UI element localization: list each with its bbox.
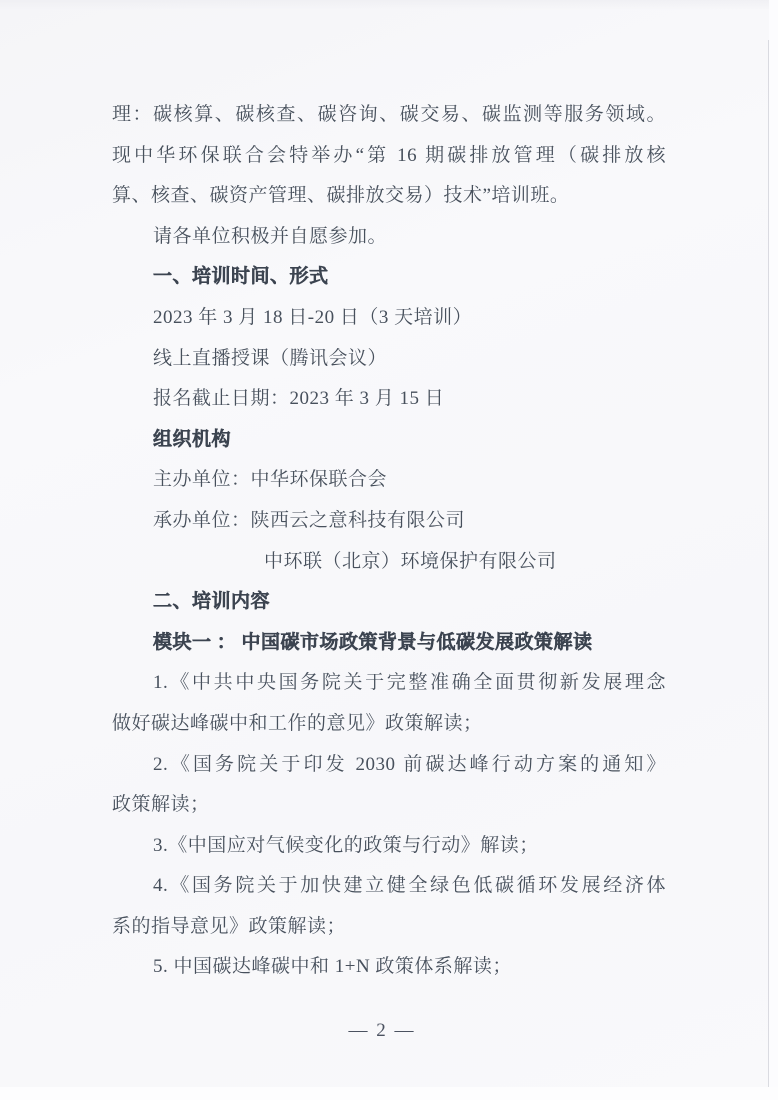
document-line: 算、核查、碳资产管理、碳排放交易）技术”培训班。 [112, 176, 666, 217]
document-line: 现中华环保联合会特举办“第 16 期碳排放管理（碳排放核 [112, 136, 666, 177]
document-body: 理：碳核算、碳核查、碳咨询、碳交易、碳监测等服务领域。现中华环保联合会特举办“第… [112, 95, 666, 988]
document-page: 理：碳核算、碳核查、碳咨询、碳交易、碳监测等服务领域。现中华环保联合会特举办“第… [0, 0, 778, 1100]
document-line: 做好碳达峰碳中和工作的意见》政策解读； [112, 704, 666, 745]
document-heading-line: 模块一 ： 中国碳市场政策背景与低碳发展政策解读 [112, 623, 666, 664]
document-line: 3.《中国应对气候变化的政策与行动》解读； [112, 826, 666, 867]
document-line: 4.《国务院关于加快建立健全绿色低碳循环发展经济体 [112, 866, 666, 907]
document-line: 系的指导意见》政策解读； [112, 907, 666, 948]
document-line: 请各单位积极并自愿参加。 [112, 217, 666, 258]
document-line: 5. 中国碳达峰碳中和 1+N 政策体系解读； [112, 947, 666, 988]
paper-edge-right [769, 0, 778, 1100]
page-number: — 2 — [112, 1012, 652, 1050]
paper-edge-right-line [768, 40, 769, 1100]
document-line: 2023 年 3 月 18 日-20 日（3 天培训） [112, 298, 666, 339]
document-line: 2.《国务院关于印发 2030 前碳达峰行动方案的通知》 [112, 745, 666, 786]
document-line: 1.《中共中央国务院关于完整准确全面贯彻新发展理念 [112, 663, 666, 704]
document-heading-line: 一、培训时间、形式 [112, 257, 666, 298]
paper-edge-top [0, 0, 778, 10]
document-line: 理：碳核算、碳核查、碳咨询、碳交易、碳监测等服务领域。 [112, 95, 666, 136]
document-heading-line: 组织机构 [112, 420, 666, 461]
document-line: 承办单位：陕西云之意科技有限公司 [112, 501, 666, 542]
document-line: 中环联（北京）环境保护有限公司 [112, 542, 666, 583]
paper-edge-bottom [0, 1087, 778, 1100]
document-heading-line: 二、培训内容 [112, 582, 666, 623]
document-line: 政策解读； [112, 785, 666, 826]
document-line: 报名截止日期：2023 年 3 月 15 日 [112, 379, 666, 420]
document-line: 线上直播授课（腾讯会议） [112, 339, 666, 380]
document-line: 主办单位：中华环保联合会 [112, 460, 666, 501]
